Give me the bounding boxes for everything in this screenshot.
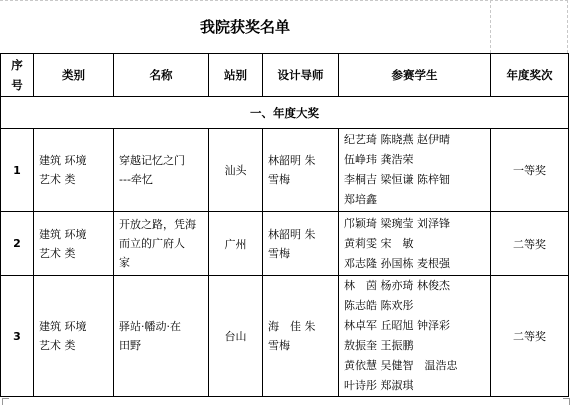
page-guide-divider — [490, 0, 491, 53]
page-corner-mark-left — [2, 398, 9, 405]
cell-students: 邝颖琦 梁琬莹 刘泽锋 黄莉雯 宋 敏 邓志隆 孙国栋 麦根强 — [339, 212, 491, 276]
header-station: 站别 — [209, 54, 263, 97]
header-index: 序 号 — [1, 54, 34, 97]
cell-name: 驿站·幡动·在 田野 — [114, 276, 209, 397]
cell-category: 建筑 环境 艺术 类 — [34, 276, 114, 397]
cell-advisor: 林韶明 朱 雪梅 — [263, 212, 339, 276]
header-name: 名称 — [114, 54, 209, 97]
award-table: 序 号 类别 名称 站别 设计导师 参赛学生 年度奖次 一、年度大奖 1 建筑 … — [0, 53, 569, 397]
page-corner-mark-right — [563, 398, 570, 405]
cell-category: 建筑 环境 艺术 类 — [34, 212, 114, 276]
table-row: 2 建筑 环境 艺术 类 开放之路，凭海 而立的广府人 家 广州 林韶明 朱 雪… — [1, 212, 569, 276]
cell-students: 林 茵 杨亦琦 林俊杰 陈志皓 陈欢彤 林卓军 丘昭旭 钟泽彩 敖振奎 王振鹏 … — [339, 276, 491, 397]
cell-category: 建筑 环境 艺术 类 — [34, 129, 114, 212]
cell-advisor: 海 佳 朱 雪梅 — [263, 276, 339, 397]
document-title: 我院获奖名单 — [0, 0, 490, 53]
cell-index: 3 — [1, 276, 34, 397]
header-students: 参赛学生 — [339, 54, 491, 97]
cell-name: 穿越记忆之门 ---牵忆 — [114, 129, 209, 212]
table-row: 3 建筑 环境 艺术 类 驿站·幡动·在 田野 台山 海 佳 朱 雪梅 林 茵 … — [1, 276, 569, 397]
header-category: 类别 — [34, 54, 114, 97]
cell-index: 2 — [1, 212, 34, 276]
cell-name: 开放之路，凭海 而立的广府人 家 — [114, 212, 209, 276]
cell-index: 1 — [1, 129, 34, 212]
cell-advisor: 林韶明 朱 雪梅 — [263, 129, 339, 212]
cell-award: 一等奖 — [491, 129, 569, 212]
section-title: 一、年度大奖 — [1, 97, 569, 129]
cell-station: 广州 — [209, 212, 263, 276]
cell-award: 二等奖 — [491, 212, 569, 276]
header-award: 年度奖次 — [491, 54, 569, 97]
header-advisor: 设计导师 — [263, 54, 339, 97]
cell-students: 纪艺琦 陈晓燕 赵伊晴 伍峥玮 龚浩荣 李桐吉 梁恒谦 陈梓钿 郑培鑫 — [339, 129, 491, 212]
table-row: 1 建筑 环境 艺术 类 穿越记忆之门 ---牵忆 汕头 林韶明 朱 雪梅 纪艺… — [1, 129, 569, 212]
table-header-row: 序 号 类别 名称 站别 设计导师 参赛学生 年度奖次 — [1, 54, 569, 97]
cell-award: 二等奖 — [491, 276, 569, 397]
cell-station: 汕头 — [209, 129, 263, 212]
cell-station: 台山 — [209, 276, 263, 397]
section-row: 一、年度大奖 — [1, 97, 569, 129]
